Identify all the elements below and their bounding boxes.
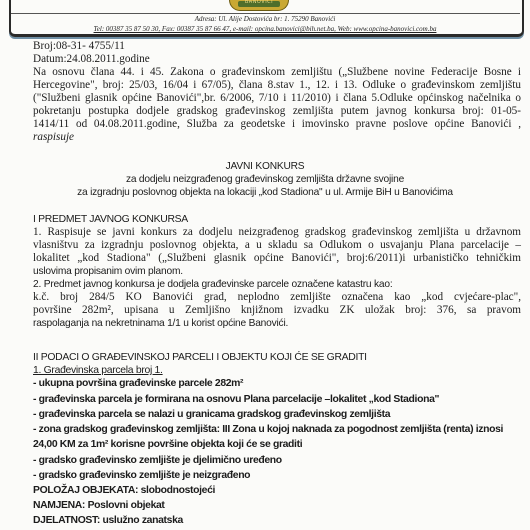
parcel-detail-item: - ukupna površina građevinske parcele 28… [33, 377, 243, 390]
document-number: Broj:08-31- 4755/11 [33, 40, 125, 53]
logo-label: BANOVIĆI [230, 0, 288, 5]
parcel-detail-item: - gradsko građevinsko zemljište je neizg… [33, 469, 250, 482]
preamble-line: 1414/11 od 04.08.2011.godine, Služba za … [33, 118, 521, 131]
parcel-detail-item: 24,00 KM za 1m² korisne površine objekta… [33, 438, 302, 451]
section1-paragraph-line: uslovima propisanim ovim planom. [33, 265, 183, 278]
section1-paragraph-line: vlasništvu za izgradnju poslovnog objekt… [33, 239, 521, 252]
document-date: Datum:24.08.2011.godine [33, 53, 150, 66]
parcel-detail-item: - zona gradskog građevinskog zemljišta: … [33, 423, 503, 436]
tender-subtitle: za dodjelu neizgrađenog građevinskog zem… [0, 173, 530, 186]
section1-paragraph2-intro: 2. Predmet javnog konkursa je dodjela gr… [33, 278, 392, 291]
tender-title: JAVNI KONKURS [0, 160, 530, 173]
section2-subheading: 1. Građevinska parcela broj 1. [33, 364, 163, 377]
tender-subtitle: za izgradnju poslovnog objekta na lokaci… [0, 186, 530, 199]
section1-paragraph2-line: k.č. broj 284/5 KO Banovići grad, neplod… [33, 291, 521, 304]
section1-paragraph-line: lokalitet „kod Stadiona" („Službeni glas… [33, 252, 521, 265]
letterhead-contact: Tel: 00387 35 87 50 30, Fax: 00387 35 87… [0, 25, 530, 33]
section1-paragraph2-line: raspolaganja na nekretninama 1/1 u koris… [33, 317, 288, 330]
letterhead-divider [11, 13, 520, 14]
preamble-line: Hercegovine", broj: 25/03, 16/04 i 67/05… [33, 79, 521, 92]
section1-paragraph-line: 1. Raspisuje se javni konkurs za dodjelu… [33, 226, 521, 239]
object-activity-field: DJELATNOST: uslužno zanatska [33, 514, 183, 527]
parcel-detail-item: - građevinska parcela se nalazi u granic… [33, 408, 390, 421]
section2-heading: II PODACI O GRAĐEVINSKOJ PARCELI I OBJEK… [33, 351, 367, 364]
parcel-detail-item: - gradsko građevinsko zemljište je djeli… [33, 454, 282, 467]
preamble-line: ("Službeni glasnik općine Banovići",br. … [33, 92, 521, 105]
preamble-line: pokretanju postupka dodjele gradskog gra… [33, 105, 521, 118]
object-purpose-field: NAMJENA: Poslovni objekat [33, 499, 165, 512]
section1-heading: I PREDMET JAVNOG KONKURSA [33, 213, 188, 226]
document-page: BANOVIĆI Adresa: Ul. Alije Dostovića br:… [0, 0, 530, 530]
preamble-closing: raspisuje [33, 131, 74, 144]
municipality-logo: BANOVIĆI [229, 0, 289, 11]
parcel-detail-item: - građevinska parcela je formirana na os… [33, 393, 439, 406]
preamble-line: Na osnovu člana 44. i 45. Zakona o građe… [33, 66, 521, 79]
section1-paragraph2-line: površine 282m², upisana u Zemljišno knji… [33, 304, 521, 317]
object-position-field: POLOŽAJ OBJEKATA: slobodnostojeći [33, 484, 215, 497]
letterhead-address: Adresa: Ul. Alije Dostovića br: 1. 75290… [0, 15, 530, 23]
